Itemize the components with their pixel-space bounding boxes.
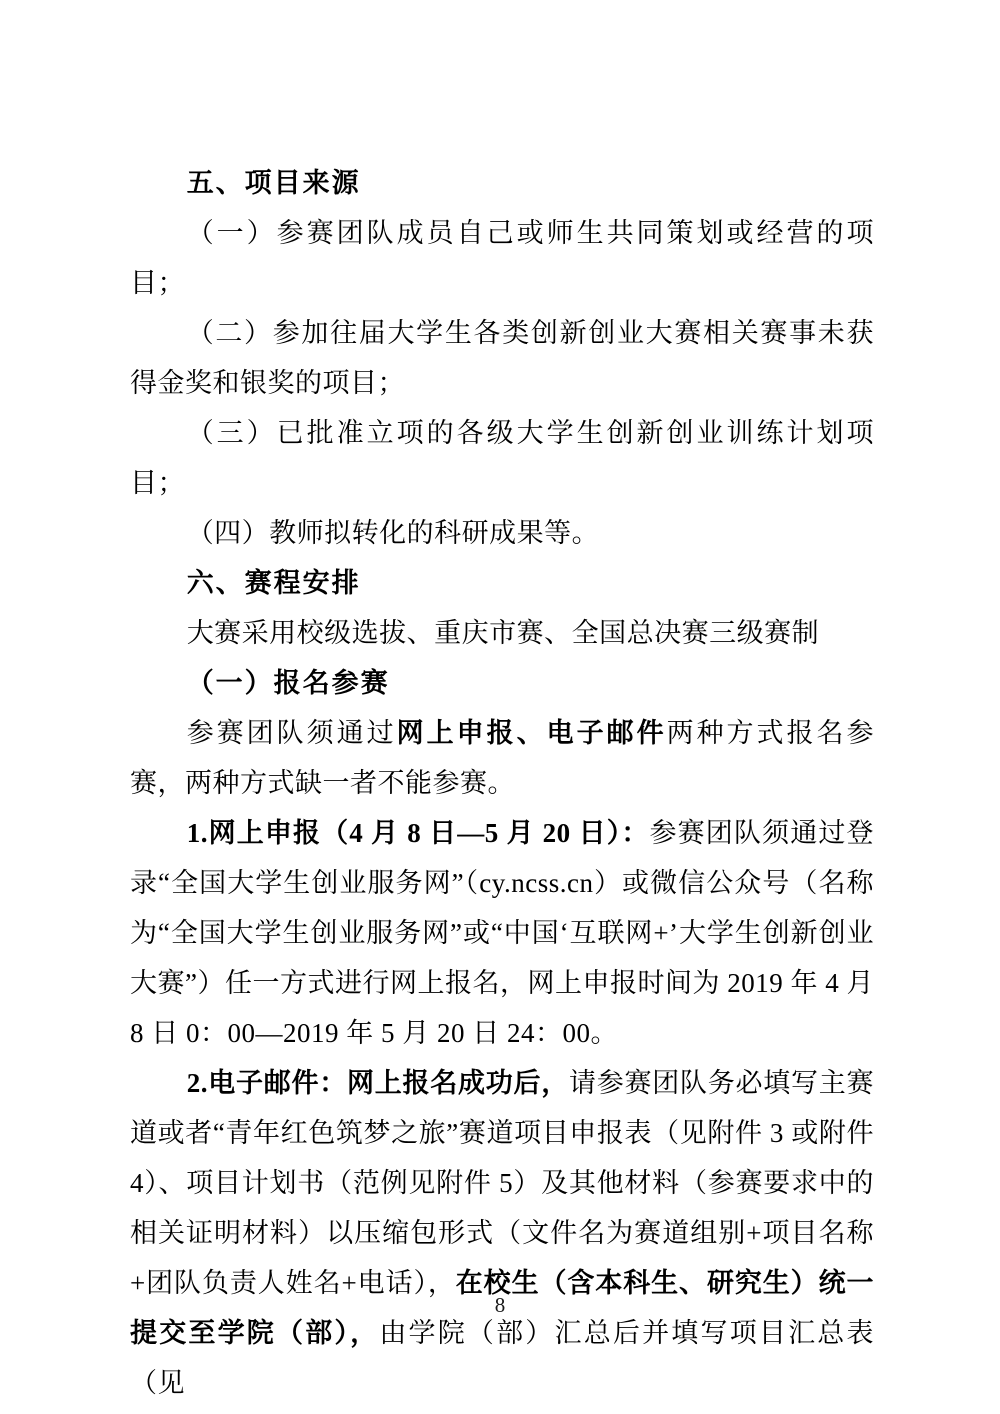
text-segment: （一）报名参赛 bbox=[187, 668, 390, 698]
text-segment: （一）参赛团队成员自己或师生共同策划或经营的项目； bbox=[130, 218, 874, 298]
text-segment: 请参赛团队务必填写主赛道或者“青年红色筑梦之旅”赛道项目申报表（见附件 3 或附… bbox=[130, 1068, 874, 1298]
text-segment: 2.电子邮件：网上报名成功后， bbox=[187, 1068, 569, 1098]
paragraph-item-3: （三）已批准立项的各级大学生创新创业训练计划项目； bbox=[130, 408, 874, 508]
section-heading-6: 六、赛程安排 bbox=[130, 558, 874, 608]
text-segment: （二）参加往届大学生各类创新创业大赛相关赛事未获得金奖和银奖的项目； bbox=[130, 318, 874, 398]
paragraph-item-4: （四）教师拟转化的科研成果等。 bbox=[130, 508, 874, 558]
document-body: 五、项目来源（一）参赛团队成员自己或师生共同策划或经营的项目；（二）参加往届大学… bbox=[130, 158, 874, 1408]
subsection-heading-registration: （一）报名参赛 bbox=[130, 658, 874, 708]
document-page: 五、项目来源（一）参赛团队成员自己或师生共同策划或经营的项目；（二）参加往届大学… bbox=[0, 0, 1000, 1414]
page-footer: 8 bbox=[0, 1290, 1000, 1320]
text-segment: （四）教师拟转化的科研成果等。 bbox=[187, 518, 600, 548]
text-segment: 1.网上申报（4 月 8 日—5 月 20 日）： bbox=[187, 818, 650, 848]
text-segment: 五、项目来源 bbox=[187, 168, 361, 198]
text-segment: 参赛团队须通过登录“全国大学生创业服务网”（cy.ncss.cn）或微信公众号（… bbox=[130, 818, 874, 1048]
text-segment: 大赛采用校级选拔、重庆市赛、全国总决赛三级赛制 bbox=[187, 618, 820, 648]
text-segment: 参赛团队须通过 bbox=[187, 718, 397, 748]
text-segment: 六、赛程安排 bbox=[187, 568, 361, 598]
text-segment: （三）已批准立项的各级大学生创新创业训练计划项目； bbox=[130, 418, 874, 498]
paragraph-registration-intro: 参赛团队须通过网上申报、电子邮件两种方式报名参赛，两种方式缺一者不能参赛。 bbox=[130, 708, 874, 808]
section-heading-5: 五、项目来源 bbox=[130, 158, 874, 208]
paragraph-schedule-intro: 大赛采用校级选拔、重庆市赛、全国总决赛三级赛制 bbox=[130, 608, 874, 658]
paragraph-email-submission: 2.电子邮件：网上报名成功后，请参赛团队务必填写主赛道或者“青年红色筑梦之旅”赛… bbox=[130, 1058, 874, 1408]
paragraph-online-application: 1.网上申报（4 月 8 日—5 月 20 日）：参赛团队须通过登录“全国大学生… bbox=[130, 808, 874, 1058]
text-segment: 网上申报、电子邮件 bbox=[397, 718, 667, 748]
paragraph-item-1: （一）参赛团队成员自己或师生共同策划或经营的项目； bbox=[130, 208, 874, 308]
page-number: 8 bbox=[495, 1293, 506, 1317]
paragraph-item-2: （二）参加往届大学生各类创新创业大赛相关赛事未获得金奖和银奖的项目； bbox=[130, 308, 874, 408]
